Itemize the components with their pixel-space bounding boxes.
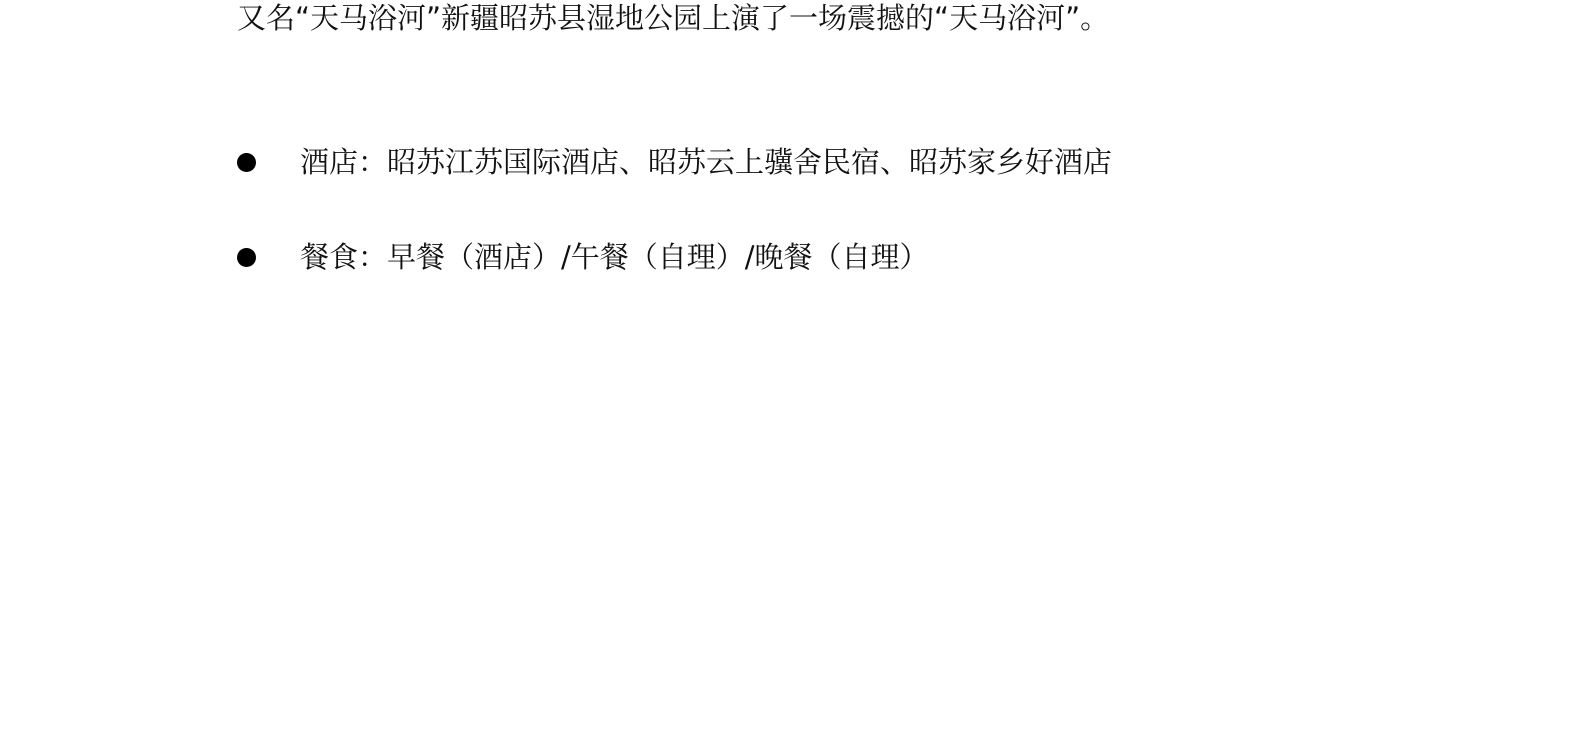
bullet-dot-icon [237, 248, 256, 267]
list-item-hotel: 酒店：昭苏江苏国际酒店、昭苏云上骥舍民宿、昭苏家乡好酒店 [237, 142, 1112, 182]
bullet-dot-icon [237, 153, 256, 172]
document-page: 又名“天马浴河”新疆昭苏县湿地公园上演了一场震撼的“天马浴河”。 酒店：昭苏江苏… [0, 0, 1588, 749]
list-item-meals: 餐食：早餐（酒店）/午餐（自理）/晚餐（自理） [237, 237, 929, 277]
intro-paragraph: 又名“天马浴河”新疆昭苏县湿地公园上演了一场震撼的“天马浴河”。 [237, 0, 1109, 36]
meals-text: 餐食：早餐（酒店）/午餐（自理）/晚餐（自理） [300, 237, 929, 277]
hotel-text: 酒店：昭苏江苏国际酒店、昭苏云上骥舍民宿、昭苏家乡好酒店 [300, 142, 1112, 182]
